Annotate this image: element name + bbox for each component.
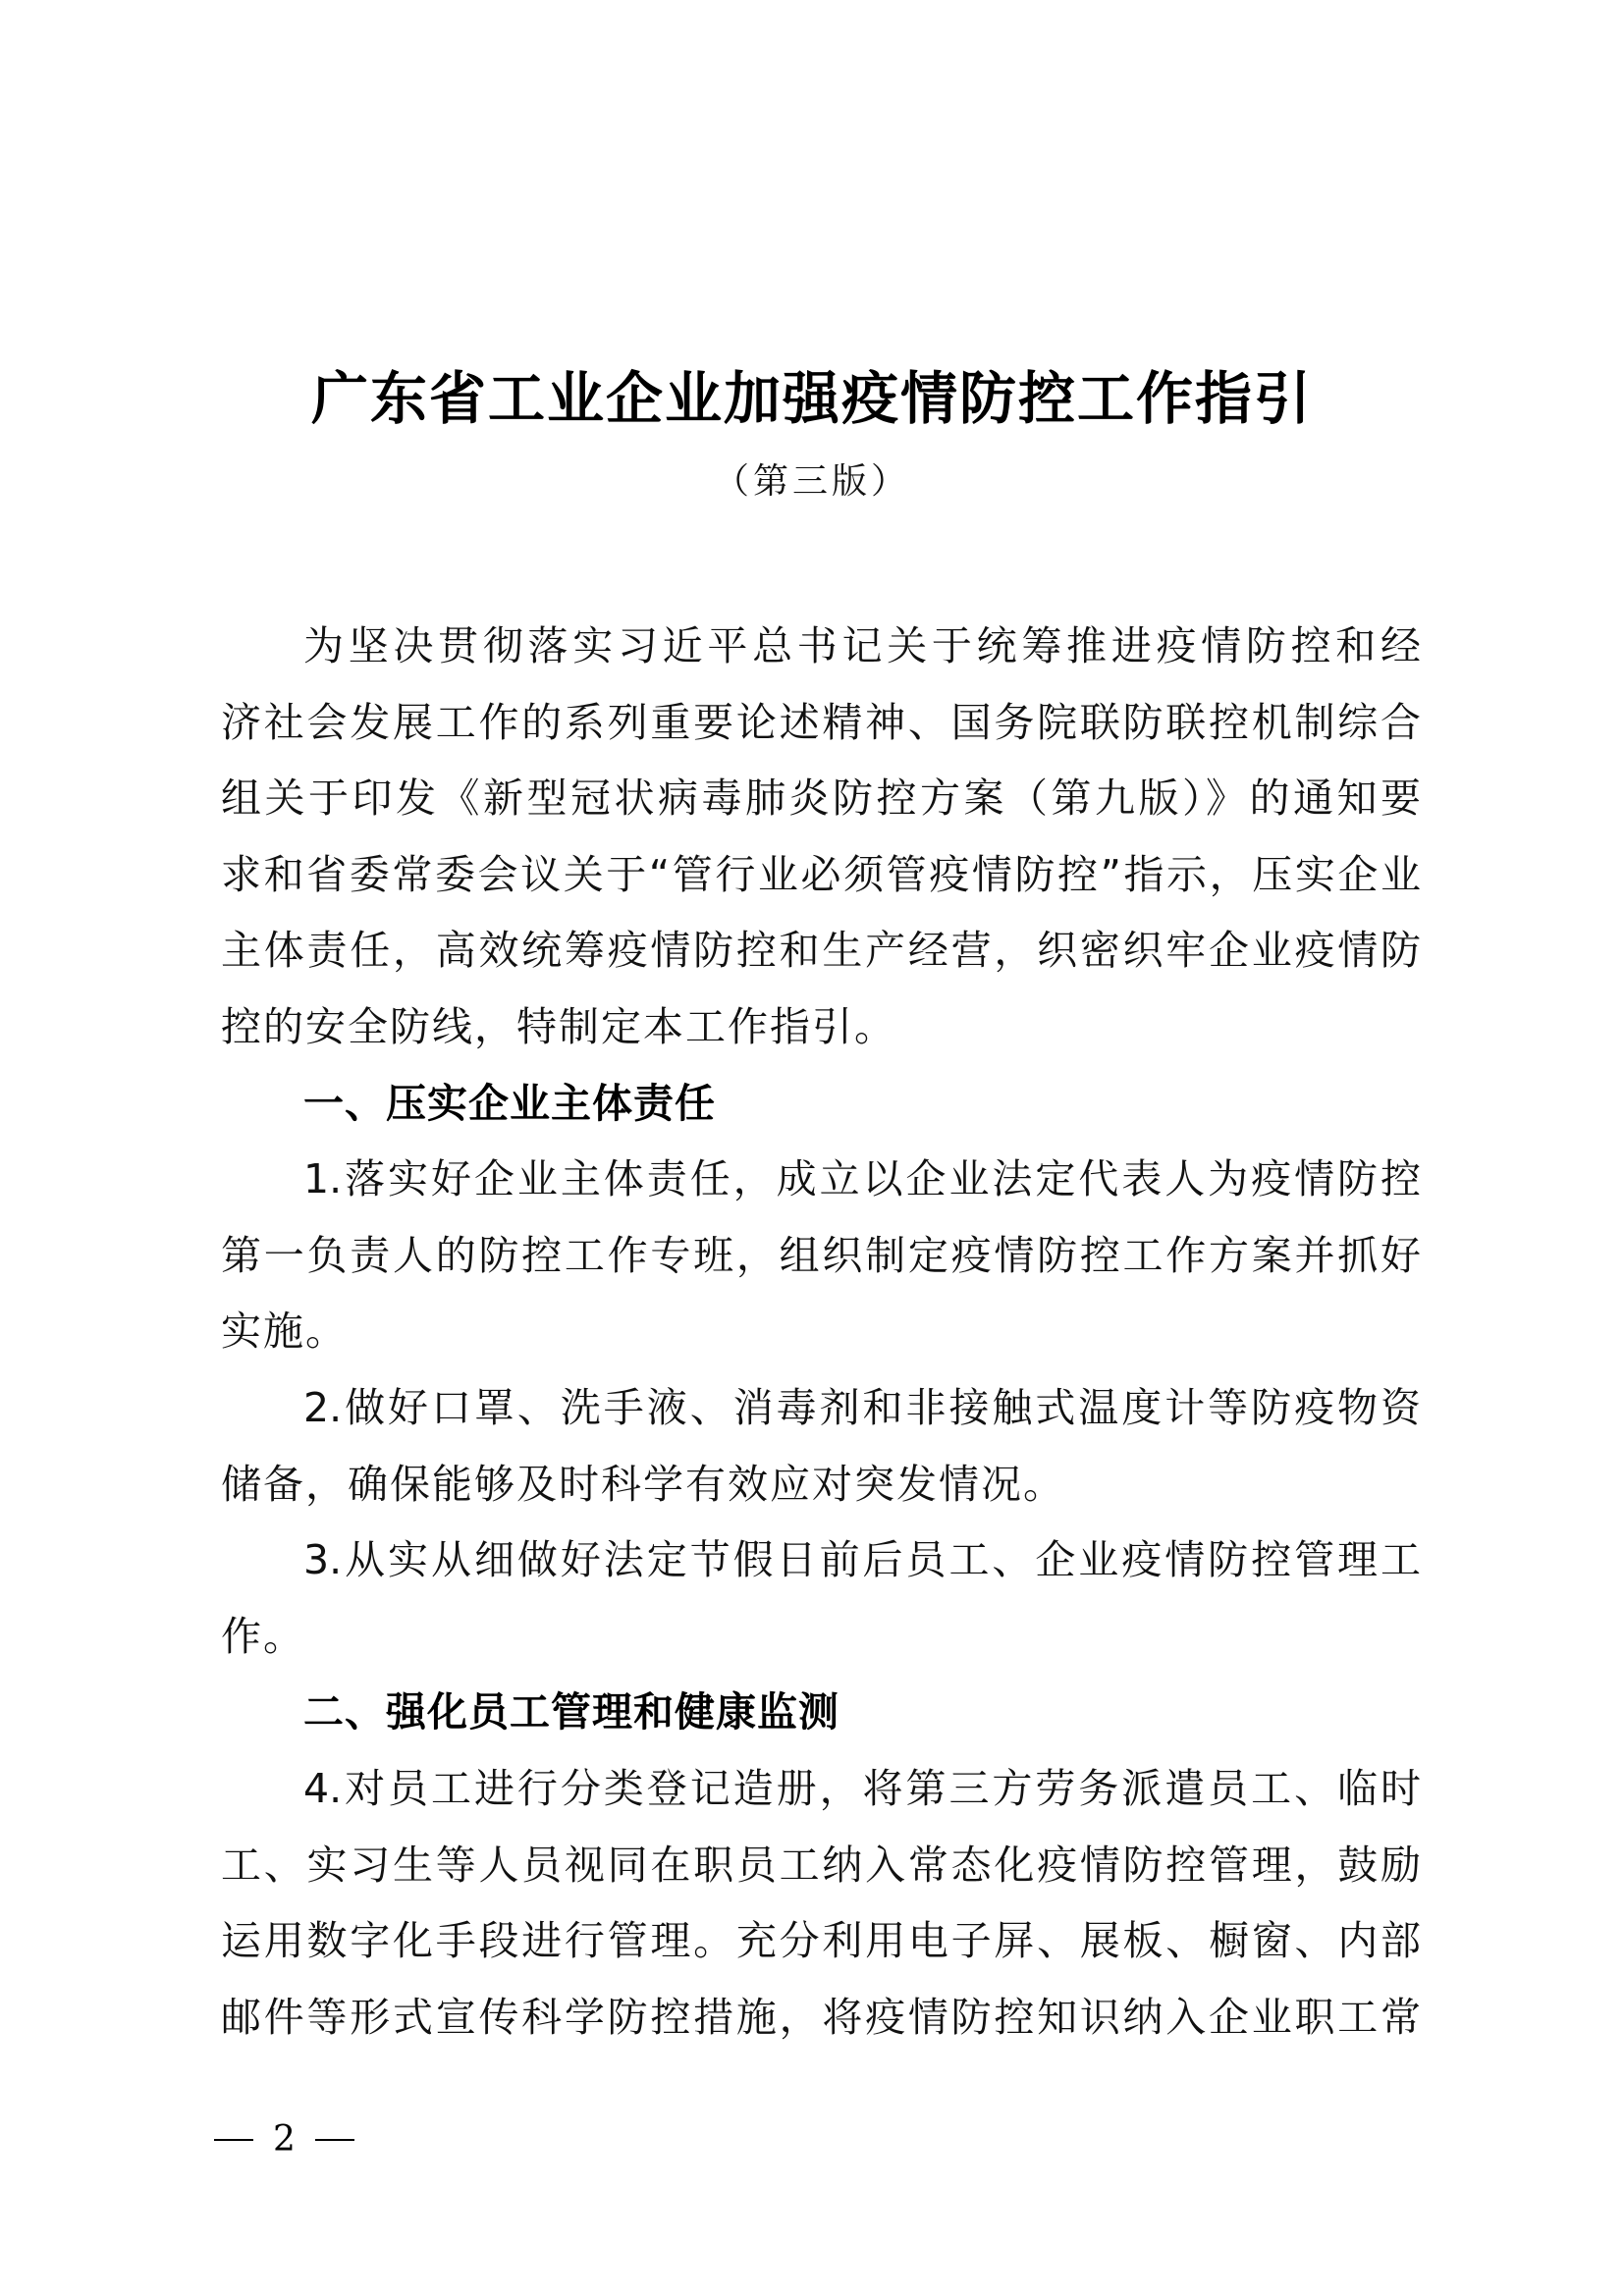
paragraph-line: 运用数字化手段进行管理。充分利用电子屏、展板、橱窗、内部 — [221, 1903, 1421, 1980]
list-item-1: 1.落实好企业主体责任，成立以企业法定代表人为疫情防控 第一负责人的防控工作专班… — [221, 1142, 1421, 1370]
paragraph-line: 邮件等形式宣传科学防控措施，将疫情防控知识纳入企业职工常 — [221, 1980, 1421, 2056]
section-1: 一、压实企业主体责任 1.落实好企业主体责任，成立以企业法定代表人为疫情防控 第… — [221, 1066, 1421, 1676]
paragraph-line: 组关于印发《新型冠状病毒肺炎防控方案（第九版）》的通知要 — [221, 761, 1421, 837]
paragraph-line: 1.落实好企业主体责任，成立以企业法定代表人为疫情防控 — [221, 1142, 1421, 1218]
section-heading: 一、压实企业主体责任 — [221, 1066, 1421, 1143]
list-item-3: 3.从实从细做好法定节假日前后员工、企业疫情防控管理工 作。 — [221, 1522, 1421, 1675]
document-subtitle: （第三版） — [0, 457, 1624, 507]
paragraph-line: 求和省委常委会议关于“管行业必须管疫情防控”指示，压实企业 — [221, 837, 1421, 914]
dash-left — [214, 2139, 253, 2141]
page-number: 2 — [214, 2118, 354, 2162]
intro-paragraph: 为坚决贯彻落实习近平总书记关于统筹推进疫情防控和经 济社会发展工作的系列重要论述… — [221, 609, 1421, 1066]
paragraph-line: 第一负责人的防控工作专班，组织制定疫情防控工作方案并抓好 — [221, 1218, 1421, 1295]
section-2: 二、强化员工管理和健康监测 4.对员工进行分类登记造册，将第三方劳务派遣员工、临… — [221, 1675, 1421, 2056]
section-heading: 二、强化员工管理和健康监测 — [221, 1675, 1421, 1751]
paragraph-line: 实施。 — [221, 1294, 1421, 1370]
paragraph-line: 储备，确保能够及时科学有效应对突发情况。 — [221, 1447, 1421, 1523]
paragraph-line: 主体责任，高效统筹疫情防控和生产经营，织密织牢企业疫情防 — [221, 913, 1421, 989]
paragraph-line: 4.对员工进行分类登记造册，将第三方劳务派遣员工、临时 — [221, 1751, 1421, 1828]
list-item-4: 4.对员工进行分类登记造册，将第三方劳务派遣员工、临时 工、实习生等人员视同在职… — [221, 1751, 1421, 2056]
paragraph-line: 济社会发展工作的系列重要论述精神、国务院联防联控机制综合 — [221, 685, 1421, 762]
paragraph-line: 为坚决贯彻落实习近平总书记关于统筹推进疫情防控和经 — [221, 609, 1421, 685]
paragraph-line: 工、实习生等人员视同在职员工纳入常态化疫情防控管理，鼓励 — [221, 1828, 1421, 1904]
document-body: 为坚决贯彻落实习近平总书记关于统筹推进疫情防控和经 济社会发展工作的系列重要论述… — [221, 609, 1421, 2056]
document-page: 广东省工业企业加强疫情防控工作指引 （第三版） 为坚决贯彻落实习近平总书记关于统… — [0, 0, 1624, 2296]
paragraph-line: 控的安全防线，特制定本工作指引。 — [221, 989, 1421, 1066]
paragraph-line: 3.从实从细做好法定节假日前后员工、企业疫情防控管理工 — [221, 1522, 1421, 1599]
document-title: 广东省工业企业加强疫情防控工作指引 — [0, 361, 1624, 436]
list-item-2: 2.做好口罩、洗手液、消毒剂和非接触式温度计等防疫物资 储备，确保能够及时科学有… — [221, 1370, 1421, 1522]
paragraph-line: 2.做好口罩、洗手液、消毒剂和非接触式温度计等防疫物资 — [221, 1370, 1421, 1447]
page-number-value: 2 — [273, 2118, 296, 2162]
paragraph-line: 作。 — [221, 1599, 1421, 1676]
dash-right — [315, 2139, 354, 2141]
